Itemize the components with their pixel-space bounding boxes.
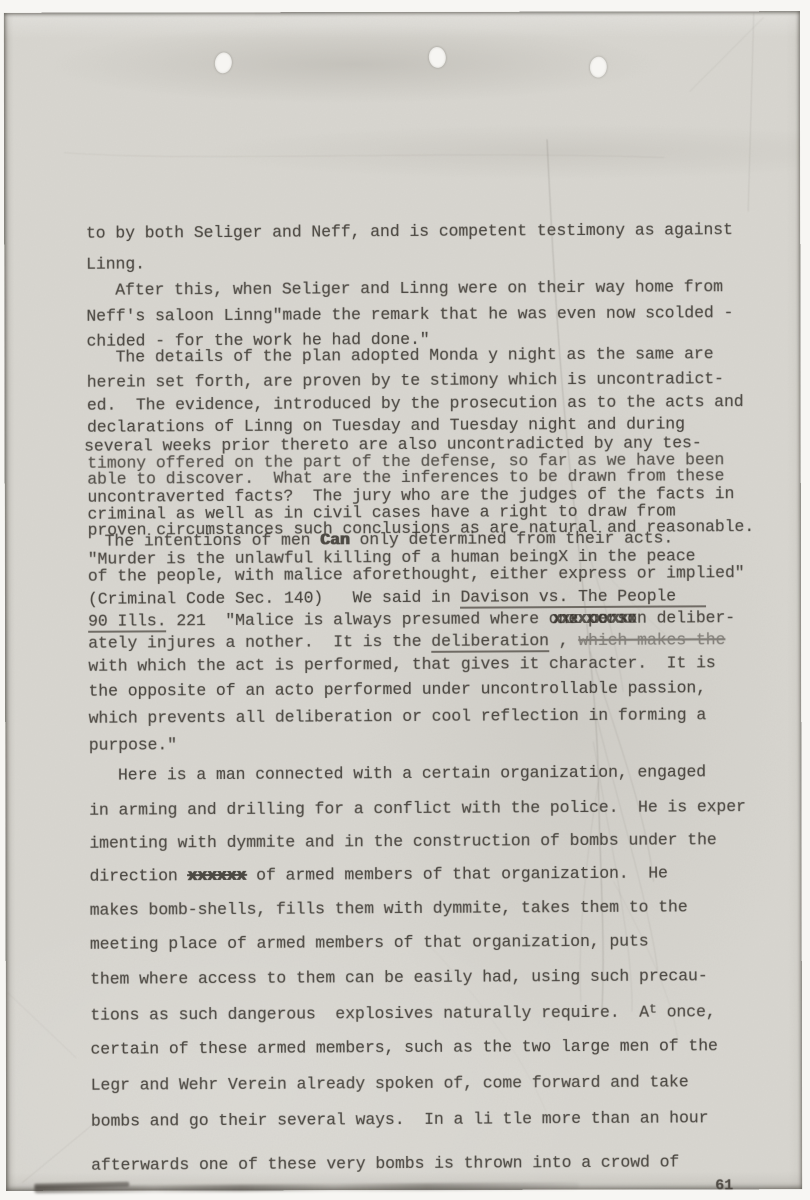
- typed-line: direction xxxxxx of armed members of tha…: [89, 864, 667, 886]
- typed-line: in arming and drilling for a conflict wi…: [89, 797, 746, 820]
- typed-line: of the people, with malice aforethought,…: [88, 563, 745, 586]
- typed-line: tions as such dangerous explosives natur…: [90, 1001, 715, 1024]
- page-number: 61: [715, 1177, 733, 1194]
- typed-line: certain of these armed members, such as …: [90, 1036, 717, 1059]
- typed-line: bombs and go their several ways. In a li…: [91, 1108, 709, 1130]
- typed-line: Here is a man connected with a certain o…: [118, 762, 706, 784]
- typed-line: 90 Ills. 221 "Malice is always presumed …: [88, 608, 735, 631]
- typed-line: to by both Seliger and Neff, and is comp…: [86, 220, 733, 243]
- typed-line: XXXXXXXXXX: [553, 612, 636, 628]
- typed-line: afterwards one of these very bombs is th…: [91, 1152, 679, 1174]
- typed-line: Linng.: [86, 254, 145, 273]
- typed-line: with which the act is performed, that gi…: [88, 653, 715, 676]
- typed-line: (Criminal Code Sec. 140) We said in Davi…: [88, 586, 706, 608]
- typed-line: herein set forth, are proven by te stimo…: [87, 369, 724, 392]
- typed-line: the opposite of an acto performed under …: [88, 678, 706, 700]
- typed-line: imenting with dymmite and in the constru…: [89, 830, 716, 853]
- typed-line: Neff's saloon Linng"made the remark that…: [86, 303, 733, 326]
- typed-line: makes bomb-shells, fills them with dymmi…: [90, 897, 688, 919]
- paper-sheet: to by both Seliger and Neff, and is comp…: [4, 11, 802, 1191]
- typed-line: Legr and Wehr Verein already spoken of, …: [91, 1072, 689, 1094]
- typed-line: The details of the plan adopted Monda y …: [116, 344, 714, 366]
- typed-line: ately injures a nother. It is the delibe…: [88, 630, 725, 653]
- scanned-page: to by both Seliger and Neff, and is comp…: [0, 0, 810, 1200]
- typed-line: ed. The evidence, introduced by the pros…: [87, 392, 744, 415]
- typed-line: After this, when Seliger and Linng were …: [115, 277, 723, 299]
- typed-text-layer: to by both Seliger and Neff, and is comp…: [2, 10, 805, 1192]
- typed-line: them where access to them can be easily …: [90, 966, 708, 988]
- typed-line: meeting place of armed members of that o…: [90, 932, 649, 954]
- typed-line: purpose.": [89, 735, 177, 754]
- typed-line: which prevents all deliberation or cool …: [89, 705, 707, 727]
